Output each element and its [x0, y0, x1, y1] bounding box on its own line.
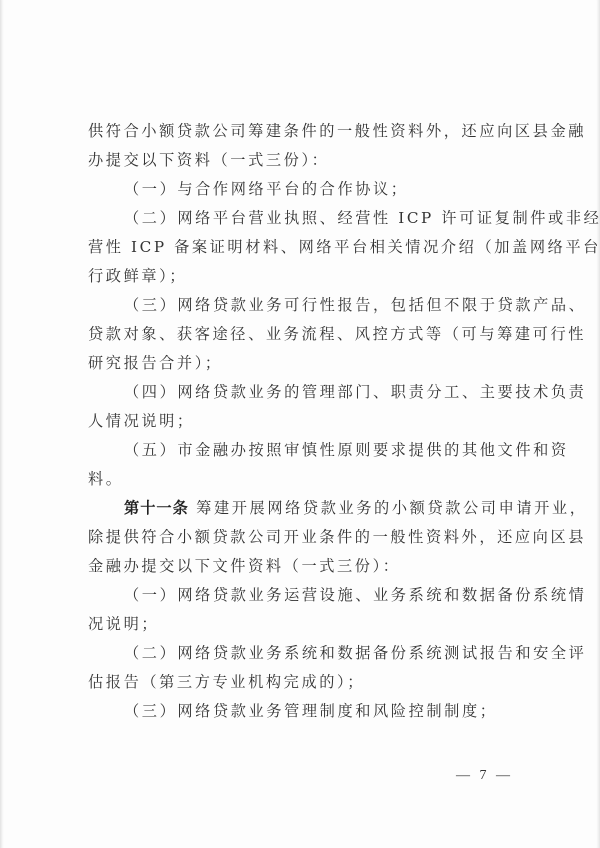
text-line: 况说明； — [88, 610, 518, 639]
text-line: 除提供符合小额贷款公司开业条件的一般性资料外，还应向区县 — [88, 523, 518, 552]
list-item: （一）网络贷款业务运营设施、业务系统和数据备份系统情 — [88, 581, 518, 610]
text-line: 料。 — [88, 465, 518, 494]
text-line: 估报告（第三方专业机构完成的）； — [88, 668, 518, 697]
document-body: 供符合小额贷款公司筹建条件的一般性资料外，还应向区县金融 办提交以下资料（一式三… — [88, 117, 518, 726]
list-item: （三）网络贷款业务可行性报告，包括但不限于贷款产品、 — [88, 291, 518, 320]
article-label: 第十一条 — [124, 499, 189, 517]
list-item: （二）网络平台营业执照、经营性 ICP 许可证复制件或非经 — [88, 204, 518, 233]
list-item: （三）网络贷款业务管理制度和风险控制制度； — [88, 697, 518, 726]
list-item: （二）网络贷款业务系统和数据备份系统测试报告和安全评 — [88, 639, 518, 668]
article-heading-line: 第十一条 筹建开展网络贷款业务的小额贷款公司申请开业， — [88, 494, 518, 523]
document-page: 供符合小额贷款公司筹建条件的一般性资料外，还应向区县金融 办提交以下资料（一式三… — [0, 0, 600, 848]
list-item: （五）市金融办按照审慎性原则要求提供的其他文件和资 — [88, 436, 518, 465]
list-item: （一）与合作网络平台的合作协议； — [88, 175, 518, 204]
text-line: 贷款对象、获客途径、业务流程、风控方式等（可与筹建可行性 — [88, 320, 518, 349]
text-line: 金融办提交以下文件资料（一式三份）： — [88, 552, 518, 581]
article-text: 筹建开展网络贷款业务的小额贷款公司申请开业， — [189, 499, 588, 517]
text-line: 营性 ICP 备案证明材料、网络平台相关情况介绍（加盖网络平台 — [88, 233, 518, 262]
list-item: （四）网络贷款业务的管理部门、职责分工、主要技术负责 — [88, 378, 518, 407]
text-line: 办提交以下资料（一式三份）： — [88, 146, 518, 175]
text-line: 行政鲜章）； — [88, 262, 518, 291]
text-line: 供符合小额贷款公司筹建条件的一般性资料外，还应向区县金融 — [88, 117, 518, 146]
text-line: 研究报告合并）； — [88, 349, 518, 378]
text-line: 人情况说明； — [88, 407, 518, 436]
page-number: — 7 — — [456, 768, 513, 784]
